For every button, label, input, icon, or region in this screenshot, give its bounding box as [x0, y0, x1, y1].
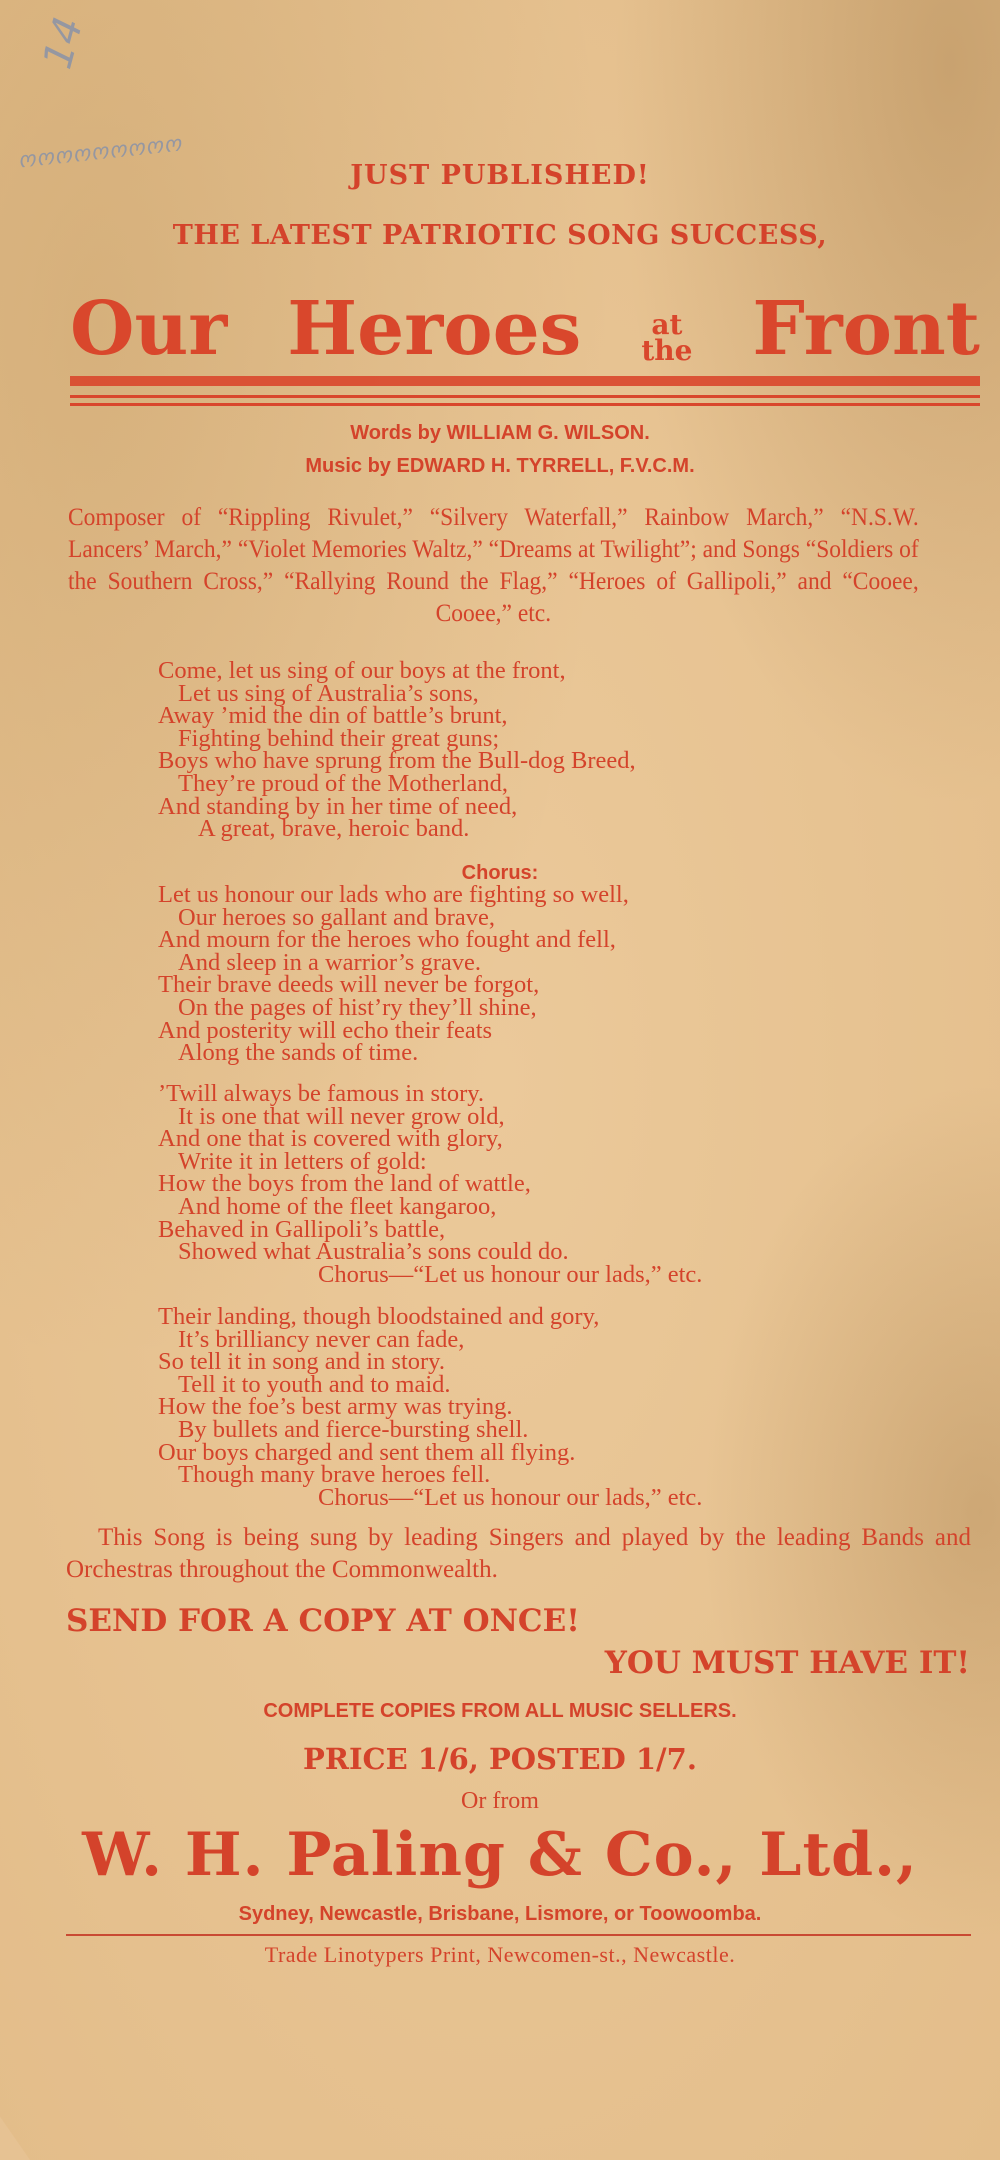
send-for-copy-heading: SEND FOR A COPY AT ONCE!	[66, 1603, 580, 1639]
performance-note: This Song is being sung by leading Singe…	[66, 1522, 971, 1586]
scan-margin	[0, 2160, 1000, 2167]
verse-3: Their landing, though bloodstained and g…	[158, 1306, 702, 1509]
printer-imprint: Trade Linotypers Print, Newcomen-st., Ne…	[0, 1942, 1000, 1968]
availability-note: COMPLETE COPIES FROM ALL MUSIC SELLERS.	[0, 1700, 1000, 1723]
title-rule-thick	[70, 376, 980, 386]
chorus-reference: Chorus—“Let us honour our lads,” etc.	[158, 1487, 702, 1510]
verse-line: A great, brave, heroic band.	[158, 818, 636, 841]
song-title: Our Heroes at the Front	[70, 282, 980, 372]
title-word-the: the	[641, 338, 692, 364]
title-word-heroes: Heroes	[287, 286, 581, 372]
verse-line: Along the sands of time.	[158, 1042, 629, 1065]
title-at-the: at the	[641, 312, 692, 364]
chorus-reference: Chorus—“Let us honour our lads,” etc.	[158, 1264, 702, 1287]
chorus: Let us honour our lads who are fighting …	[158, 884, 629, 1065]
composer-credit: Music by EDWARD H. TYRRELL, F.V.C.M.	[0, 455, 1000, 478]
footer-rule	[66, 1934, 971, 1936]
subtitle-heading: THE LATEST PATRIOTIC SONG SUCCESS,	[0, 220, 1000, 251]
title-rule-thin	[70, 403, 980, 406]
lyricist-credit: Words by WILLIAM G. WILSON.	[0, 422, 1000, 445]
verse-1: Come, let us sing of our boys at the fro…	[158, 660, 636, 841]
announcement-heading: JUST PUBLISHED!	[0, 160, 1000, 191]
or-from-label: Or from	[0, 1788, 1000, 1815]
price-line: PRICE 1/6, POSTED 1/7.	[0, 1742, 1000, 1776]
verse-2: ’Twill always be famous in story. It is …	[158, 1083, 702, 1286]
title-word-our: Our	[70, 286, 227, 372]
title-word-front: Front	[752, 286, 980, 372]
publisher-name: W. H. Paling & Co., Ltd.,	[0, 1820, 1000, 1890]
publisher-cities: Sydney, Newcastle, Brisbane, Lismore, or…	[0, 1903, 1000, 1926]
composer-note: Composer of “Rippling Rivulet,” “Silvery…	[68, 502, 919, 630]
title-rule-thin	[70, 395, 980, 398]
must-have-heading: YOU MUST HAVE IT!	[605, 1645, 970, 1681]
